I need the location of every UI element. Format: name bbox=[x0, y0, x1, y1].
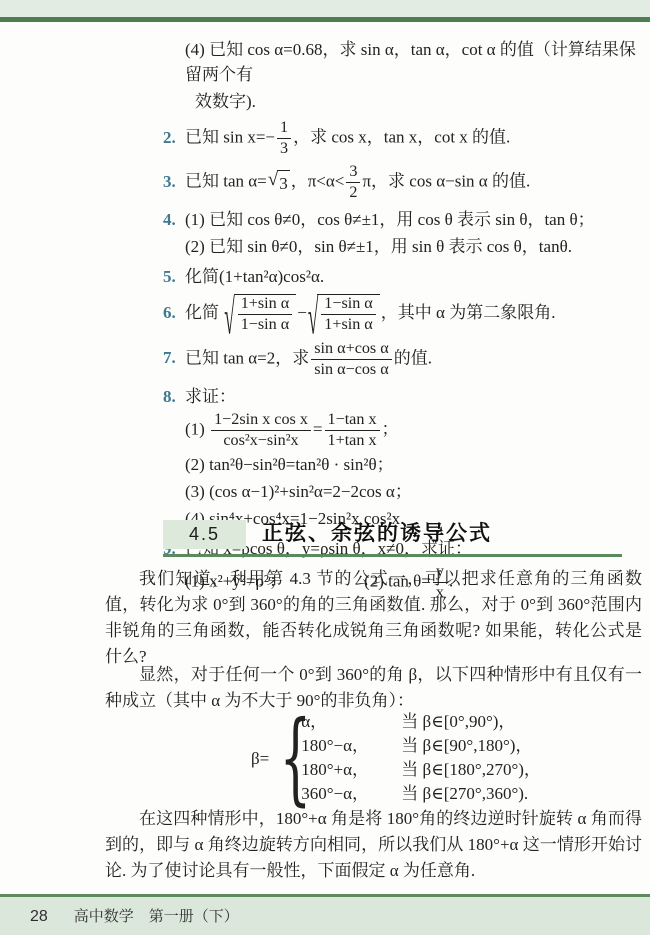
radical: √1+sin α1−sin α bbox=[224, 294, 296, 334]
radical-sign: √ bbox=[224, 295, 234, 344]
radicand: 1−sin α1+sin α bbox=[317, 294, 380, 334]
footer-band: 28 高中数学 第一册（下） bbox=[0, 897, 650, 935]
numerator: sin α+cos α bbox=[311, 340, 391, 360]
item-number: 7. bbox=[163, 345, 185, 370]
item-number: 5. bbox=[163, 264, 185, 289]
section-heading: 4.5正弦、余弦的诱导公式 bbox=[163, 520, 622, 557]
radical: √3 bbox=[268, 170, 290, 196]
exercise-line: 5.化简(1+tan²α)cos²α. bbox=[163, 263, 642, 290]
textbook-page: (4) 已知 cos α=0.68，求 sin α，tan α，cot α 的值… bbox=[0, 0, 650, 935]
radicand: 1+sin α1−sin α bbox=[234, 294, 297, 334]
paragraph-intro: 我们知道，利用第 4.3 节的公式一，可以把求任意角的三角函数值，转化为求 0°… bbox=[105, 566, 642, 670]
exercise-item: 4.(1) 已知 cos θ≠0，cos θ≠±1，用 cos θ 表示 sin… bbox=[163, 206, 642, 260]
fraction: 1−2sin x cos xcos²x−sin²x bbox=[211, 411, 311, 450]
case-condition: 当 β∈[270°,360°). bbox=[401, 782, 541, 806]
section-title: 正弦、余弦的诱导公式 bbox=[262, 522, 492, 545]
left-brace: { bbox=[280, 710, 293, 806]
case-expr: 360°−α， bbox=[301, 782, 401, 806]
fraction: 32 bbox=[346, 163, 360, 202]
exercise-line: (3) (cos α−1)²+sin²α=2−2cos α； bbox=[163, 478, 642, 505]
case-condition: 当 β∈[0°,90°)， bbox=[401, 710, 541, 734]
fraction: sin α+cos αsin α−cos α bbox=[311, 340, 391, 379]
exercise-item: 2.已知 sin x=−13，求 cos x，tan x，cot x 的值. bbox=[163, 118, 642, 159]
radicand: 3 bbox=[277, 170, 290, 196]
case-expr: 180°−α， bbox=[301, 734, 401, 758]
fraction: 1−tan x1+tan x bbox=[325, 411, 380, 450]
exercise-item: 6.化简 √1+sin α1−sin α−√1−sin α1+sin α，其中 … bbox=[163, 293, 642, 335]
exercise-line: (4) 已知 cos α=0.68，求 sin α，tan α，cot α 的值… bbox=[163, 36, 642, 88]
case-expr: 180°+α， bbox=[301, 758, 401, 782]
exercise-line: 7.已知 tan α=2，求sin α+cos αsin α−cos α的值. bbox=[163, 339, 642, 380]
exercise-line: 效数字). bbox=[163, 88, 642, 115]
exercise-line: 8.求证： bbox=[163, 383, 642, 410]
paragraph-cases-lead: 显然，对于任何一个 0°到 360°的角 β，以下四种情形中有且仅有一种成立（其… bbox=[105, 662, 642, 714]
denominator: 1−sin α bbox=[238, 315, 293, 334]
denominator: cos²x−sin²x bbox=[211, 431, 311, 450]
beta-lead: β= bbox=[251, 746, 269, 771]
fraction: 1−sin α1+sin α bbox=[321, 295, 376, 334]
denominator: 1+sin α bbox=[321, 315, 376, 334]
paragraph-discussion: 在这四种情形中，180°+α 角是将 180°角的终边逆时针旋转 α 角而得到的… bbox=[105, 806, 642, 884]
exercise-item: 8.求证：(1) 1−2sin x cos xcos²x−sin²x=1−tan… bbox=[163, 383, 642, 532]
exercise-item: 7.已知 tan α=2，求sin α+cos αsin α−cos α的值. bbox=[163, 339, 642, 380]
page-number: 28 bbox=[30, 904, 48, 929]
exercise-item: 5.化简(1+tan²α)cos²α. bbox=[163, 263, 642, 290]
numerator: 1+sin α bbox=[238, 295, 293, 315]
book-title: 高中数学 第一册（下） bbox=[74, 904, 239, 929]
page-top-band bbox=[0, 0, 650, 17]
case-condition: 当 β∈[180°,270°)， bbox=[401, 758, 541, 782]
denominator: sin α−cos α bbox=[311, 360, 391, 379]
denominator: 2 bbox=[346, 183, 360, 202]
denominator: 1+tan x bbox=[325, 431, 380, 450]
numerator: 1−sin α bbox=[321, 295, 376, 315]
case-expr: α， bbox=[301, 710, 401, 734]
exercise-line: 6.化简 √1+sin α1−sin α−√1−sin α1+sin α，其中 … bbox=[163, 293, 642, 335]
item-number: 2. bbox=[163, 125, 185, 150]
exercise-line: 3.已知 tan α=√3，π<α<32π，求 cos α−sin α 的值. bbox=[163, 162, 642, 203]
exercise-item: (4) 已知 cos α=0.68，求 sin α，tan α，cot α 的值… bbox=[163, 36, 642, 115]
item-number: 4. bbox=[163, 207, 185, 232]
exercise-line: (2) tan²θ−sin²θ=tan²θ · sin²θ； bbox=[163, 451, 642, 478]
exercise-line: 4.(1) 已知 cos θ≠0，cos θ≠±1，用 cos θ 表示 sin… bbox=[163, 206, 642, 233]
numerator: 1 bbox=[277, 119, 291, 139]
radical: √1−sin α1+sin α bbox=[308, 294, 380, 334]
fraction: 13 bbox=[277, 119, 291, 158]
numerator: 1−2sin x cos x bbox=[211, 411, 311, 431]
exercise-line: 2.已知 sin x=−13，求 cos x，tan x，cot x 的值. bbox=[163, 118, 642, 159]
numerator: 3 bbox=[346, 163, 360, 183]
item-number: 3. bbox=[163, 169, 185, 194]
page-footer: 28 高中数学 第一册（下） bbox=[0, 894, 650, 935]
radical-sign: √ bbox=[308, 295, 318, 344]
page-top-rule bbox=[0, 17, 650, 22]
case-condition: 当 β∈[90°,180°)， bbox=[401, 734, 541, 758]
exercise-item: 3.已知 tan α=√3，π<α<32π，求 cos α−sin α 的值. bbox=[163, 162, 642, 203]
exercise-line: (1) 1−2sin x cos xcos²x−sin²x=1−tan x1+t… bbox=[163, 410, 642, 451]
denominator: 3 bbox=[277, 139, 291, 158]
item-number: 8. bbox=[163, 384, 185, 409]
item-number: 6. bbox=[163, 300, 185, 325]
exercise-line: (2) 已知 sin θ≠0，sin θ≠±1，用 sin θ 表示 cos θ… bbox=[163, 233, 642, 260]
case-rows: α，当 β∈[0°,90°)，180°−α，当 β∈[90°,180°)，180… bbox=[301, 710, 541, 806]
fraction: 1+sin α1−sin α bbox=[238, 295, 293, 334]
section-number-box: 4.5 bbox=[163, 520, 246, 549]
piecewise-formula: β= { α，当 β∈[0°,90°)，180°−α，当 β∈[90°,180°… bbox=[251, 710, 541, 806]
numerator: 1−tan x bbox=[325, 411, 380, 431]
